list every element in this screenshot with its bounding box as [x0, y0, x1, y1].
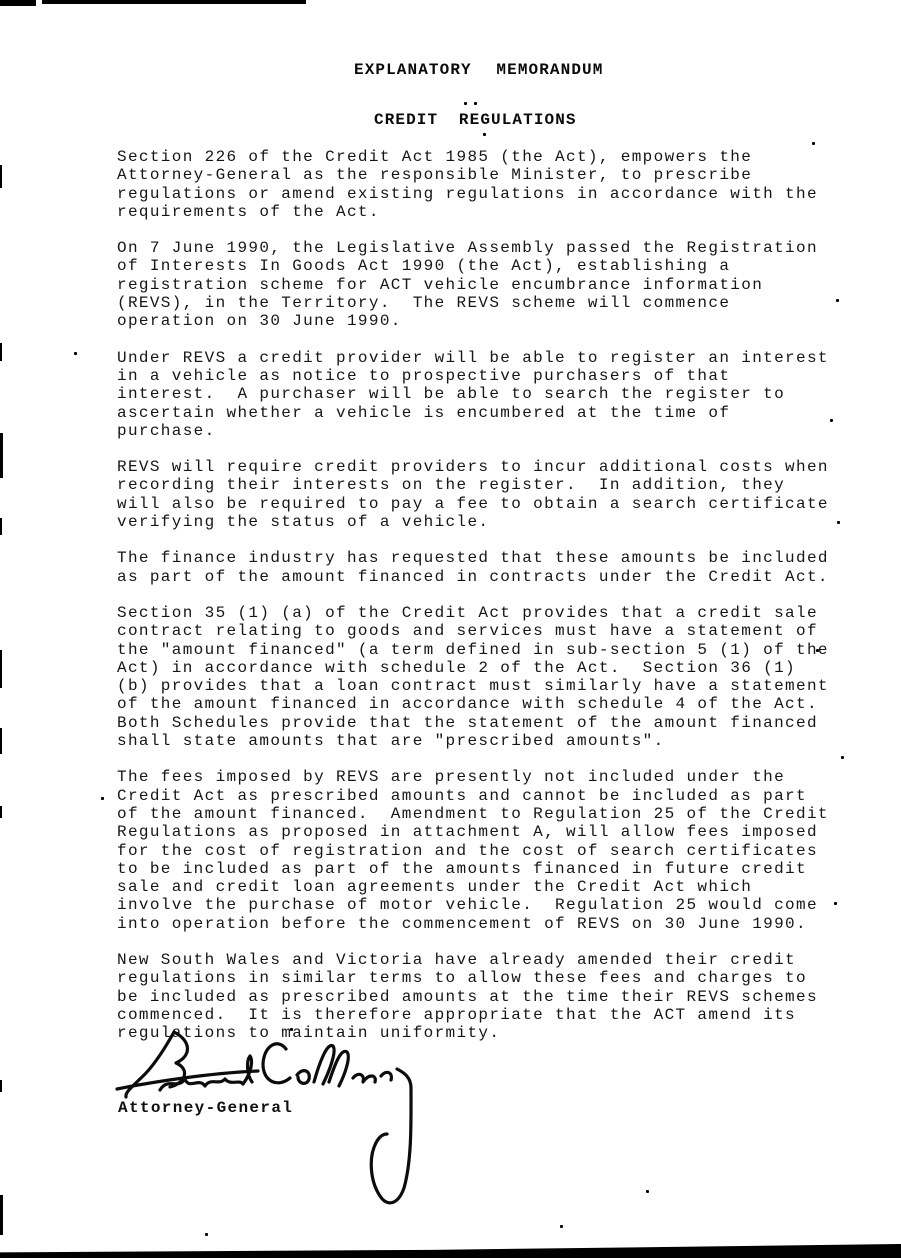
scan-speck — [474, 102, 477, 105]
memorandum-page: EXPLANATORY MEMORANDUM CREDIT REGULATION… — [0, 0, 901, 1258]
signature-bernard-collaery — [100, 1020, 440, 1220]
paragraph: Under REVS a credit provider will be abl… — [117, 349, 877, 440]
scan-artifact-left-edge — [0, 650, 2, 688]
paragraph: REVS will require credit providers to in… — [117, 458, 877, 531]
document-body: Section 226 of the Credit Act 1985 (the … — [117, 148, 877, 1060]
paragraph: Section 35 (1) (a) of the Credit Act pro… — [117, 604, 877, 750]
scan-artifact-left-edge — [0, 165, 2, 188]
paragraph: The finance industry has requested that … — [117, 549, 877, 586]
scan-speck — [560, 1225, 563, 1228]
scan-artifact-left-edge — [0, 806, 2, 818]
scan-artifact-left-edge — [0, 343, 2, 361]
signatory-role: Attorney-General — [118, 1099, 293, 1117]
document-title: EXPLANATORY MEMORANDUM — [354, 61, 603, 79]
scan-artifact-bottom-bar — [0, 1244, 901, 1258]
paragraph: On 7 June 1990, the Legislative Assembly… — [117, 239, 877, 330]
scan-speck — [464, 102, 467, 105]
scan-artifact-left-edge — [0, 1195, 3, 1235]
scan-artifact-top-left — [0, 0, 36, 6]
scan-speck — [812, 142, 815, 145]
scan-speck — [74, 352, 77, 355]
document-subtitle: CREDIT REGULATIONS — [374, 111, 577, 129]
scan-speck — [483, 133, 486, 136]
scan-artifact-left-edge — [0, 518, 2, 535]
scan-speck — [646, 1190, 649, 1193]
scan-artifact-top-bar — [42, 0, 306, 4]
paragraph: Section 226 of the Credit Act 1985 (the … — [117, 148, 877, 221]
paragraph: The fees imposed by REVS are presently n… — [117, 768, 877, 933]
scan-artifact-left-edge — [0, 728, 2, 754]
scan-artifact-left-edge — [0, 1080, 2, 1092]
scan-speck — [205, 1233, 208, 1236]
scan-speck — [101, 797, 104, 800]
scan-artifact-left-edge — [0, 433, 3, 478]
